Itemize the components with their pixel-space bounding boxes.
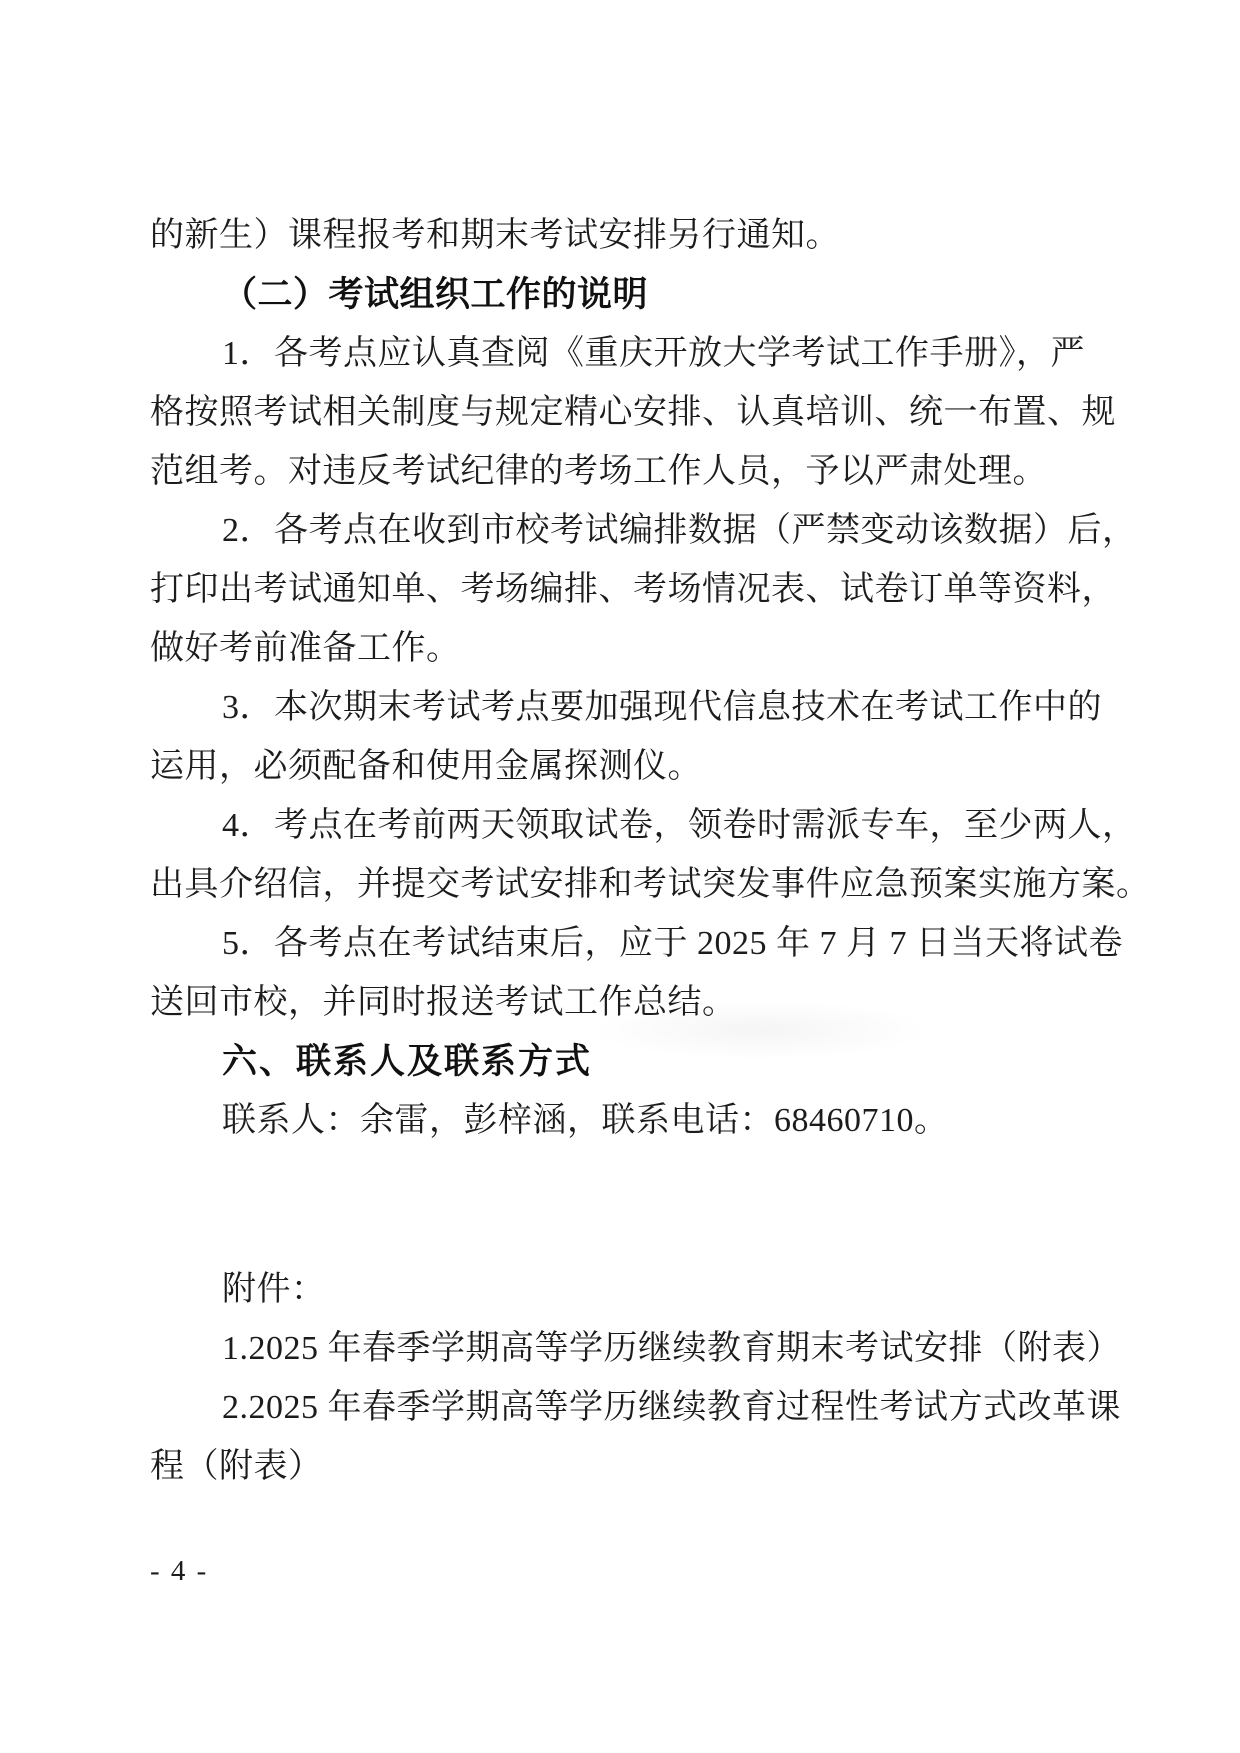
body-line: 的新生）课程报考和期末考试安排另行通知。 <box>150 206 1090 265</box>
subsection-heading-exam-organization: （二）考试组织工作的说明 <box>150 265 1090 324</box>
paragraph-5-line: 送回市校，并同时报送考试工作总结。 <box>150 973 1090 1032</box>
paragraph-2-line: 做好考前准备工作。 <box>150 619 1090 678</box>
attachments-label: 附件： <box>150 1260 1090 1319</box>
paragraph-3-line: 运用，必须配备和使用金属探测仪。 <box>150 737 1090 796</box>
document-body: 的新生）课程报考和期末考试安排另行通知。 （二）考试组织工作的说明 1．各考点应… <box>150 206 1090 1591</box>
vertical-gap <box>150 1150 1090 1260</box>
paragraph-5-line: 5．各考点在考试结束后，应于 2025 年 7 月 7 日当天将试卷 <box>150 914 1090 973</box>
section-heading-contacts: 六、联系人及联系方式 <box>150 1032 1090 1091</box>
paragraph-2-line: 2．各考点在收到市校考试编排数据（严禁变动该数据）后， <box>150 501 1090 560</box>
contact-info-line: 联系人：余雷，彭梓涵，联系电话：68460710。 <box>150 1091 1090 1150</box>
attachment-item-2-continued: 程（附表） <box>150 1437 1090 1496</box>
paragraph-1-line: 1．各考点应认真查阅《重庆开放大学考试工作手册》，严 <box>150 324 1090 383</box>
vertical-gap <box>150 1496 1090 1551</box>
paragraph-4-line: 出具介绍信，并提交考试安排和考试突发事件应急预案实施方案。 <box>150 855 1090 914</box>
document-page: 的新生）课程报考和期末考试安排另行通知。 （二）考试组织工作的说明 1．各考点应… <box>0 0 1240 1753</box>
paragraph-2-line: 打印出考试通知单、考场编排、考场情况表、试卷订单等资料， <box>150 560 1090 619</box>
attachment-item-2: 2.2025 年春季学期高等学历继续教育过程性考试方式改革课 <box>150 1378 1090 1437</box>
paragraph-3-line: 3．本次期末考试考点要加强现代信息技术在考试工作中的 <box>150 678 1090 737</box>
attachment-item-1: 1.2025 年春季学期高等学历继续教育期末考试安排（附表） <box>150 1319 1090 1378</box>
paragraph-1-line: 范组考。对违反考试纪律的考场工作人员，予以严肃处理。 <box>150 442 1090 501</box>
paragraph-4-line: 4．考点在考前两天领取试卷，领卷时需派专车，至少两人， <box>150 796 1090 855</box>
page-number: - 4 - <box>150 1551 1090 1591</box>
paragraph-1-line: 格按照考试相关制度与规定精心安排、认真培训、统一布置、规 <box>150 383 1090 442</box>
